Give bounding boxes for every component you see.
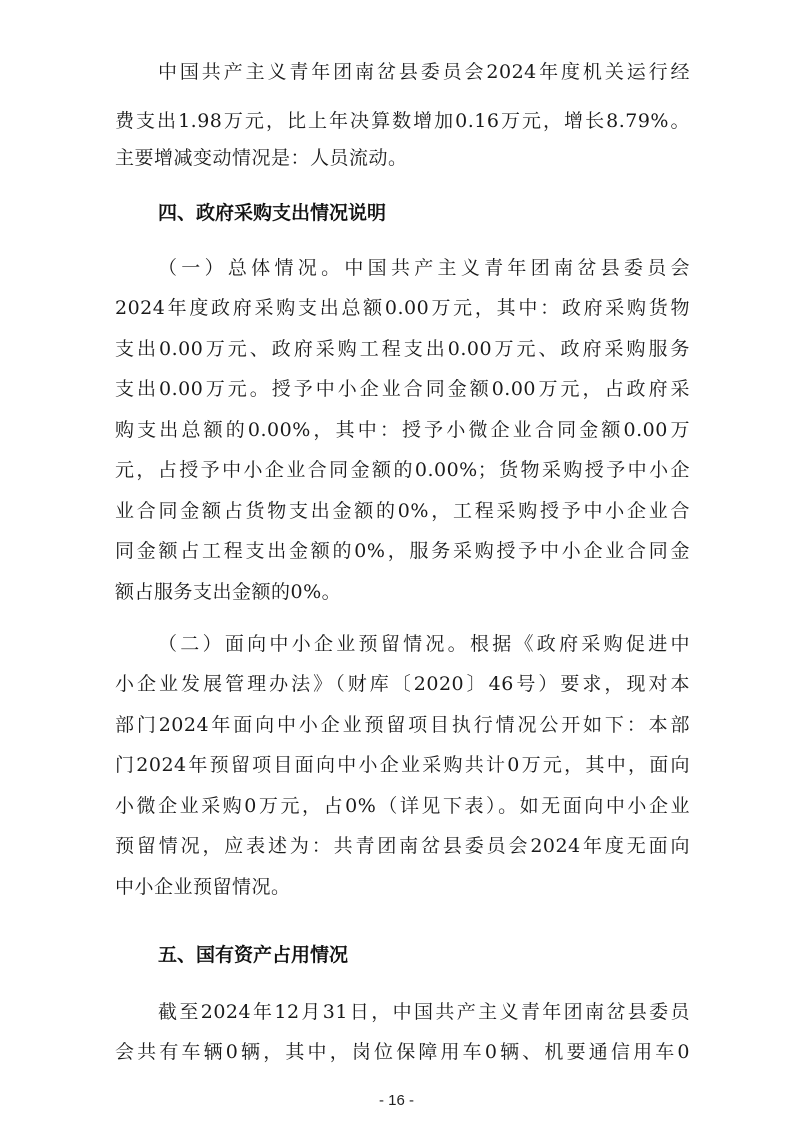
paragraph-line: 业合同金额占货物支出金额的0%，工程采购授予中小企业合 — [115, 499, 690, 523]
document-page: 中国共产主义青年团南岔县委员会2024年度机关运行经 费支出1.98万元，比上年… — [0, 0, 793, 1122]
section-heading-5: 五、国有资产占用情况 — [158, 943, 348, 967]
paragraph-line: 截至2024年12月31日，中国共产主义青年团南岔县委员 — [158, 1000, 690, 1024]
paragraph-line: 中小企业预留情况。 — [115, 875, 690, 899]
paragraph-line: 门2024年预留项目面向中小企业采购共计0万元，其中，面向 — [115, 753, 690, 777]
paragraph-line: 部门2024年面向中小企业预留项目执行情况公开如下：本部 — [115, 713, 690, 737]
paragraph-line: 主要增减变动情况是：人员流动。 — [115, 146, 690, 170]
paragraph-line: 支出0.00万元、政府采购工程支出0.00万元、政府采购服务 — [115, 337, 690, 361]
paragraph-line: 中国共产主义青年团南岔县委员会2024年度机关运行经 — [158, 60, 690, 84]
paragraph-line: 费支出1.98万元，比上年决算数增加0.16万元，增长8.79%。 — [115, 109, 690, 133]
paragraph-line: 额占服务支出金额的0%。 — [115, 580, 690, 604]
paragraph-line: 购支出总额的0.00%，其中：授予小微企业合同金额0.00万 — [115, 418, 690, 442]
paragraph-line: 支出0.00万元。授予中小企业合同金额0.00万元，占政府采 — [115, 377, 690, 401]
paragraph-line: 小企业发展管理办法》（财库〔2020〕46号）要求，现对本 — [115, 672, 690, 696]
paragraph-line: 小微企业采购0万元，占0%（详见下表）。如无面向中小企业 — [115, 794, 690, 818]
paragraph-line: （一）总体情况。中国共产主义青年团南岔县委员会 — [158, 256, 690, 280]
paragraph-line: （二）面向中小企业预留情况。根据《政府采购促进中 — [158, 632, 690, 656]
paragraph-line: 会共有车辆0辆，其中，岗位保障用车0辆、机要通信用车0 — [115, 1040, 690, 1064]
page-number: - 16 - — [0, 1092, 793, 1109]
section-heading-4: 四、政府采购支出情况说明 — [158, 201, 386, 225]
paragraph-line: 元，占授予中小企业合同金额的0.00%；货物采购授予中小企 — [115, 458, 690, 482]
paragraph-line: 2024年度政府采购支出总额0.00万元，其中：政府采购货物 — [115, 296, 690, 320]
paragraph-line: 预留情况，应表述为：共青团南岔县委员会2024年度无面向 — [115, 834, 690, 858]
paragraph-line: 同金额占工程支出金额的0%，服务采购授予中小企业合同金 — [115, 539, 690, 563]
